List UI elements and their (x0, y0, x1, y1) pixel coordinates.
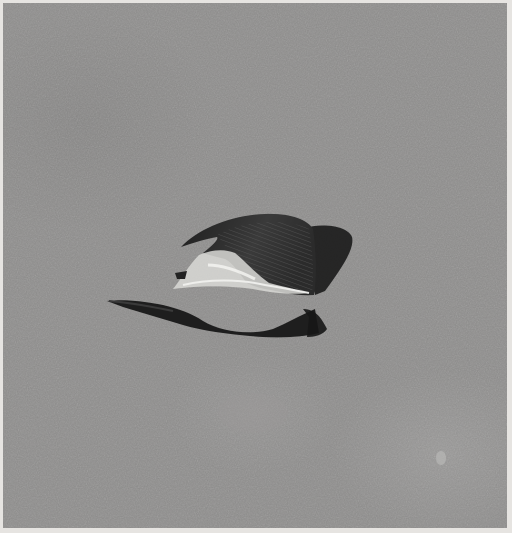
bird-wing-on-sand-image (3, 3, 507, 528)
photograph (3, 3, 507, 528)
